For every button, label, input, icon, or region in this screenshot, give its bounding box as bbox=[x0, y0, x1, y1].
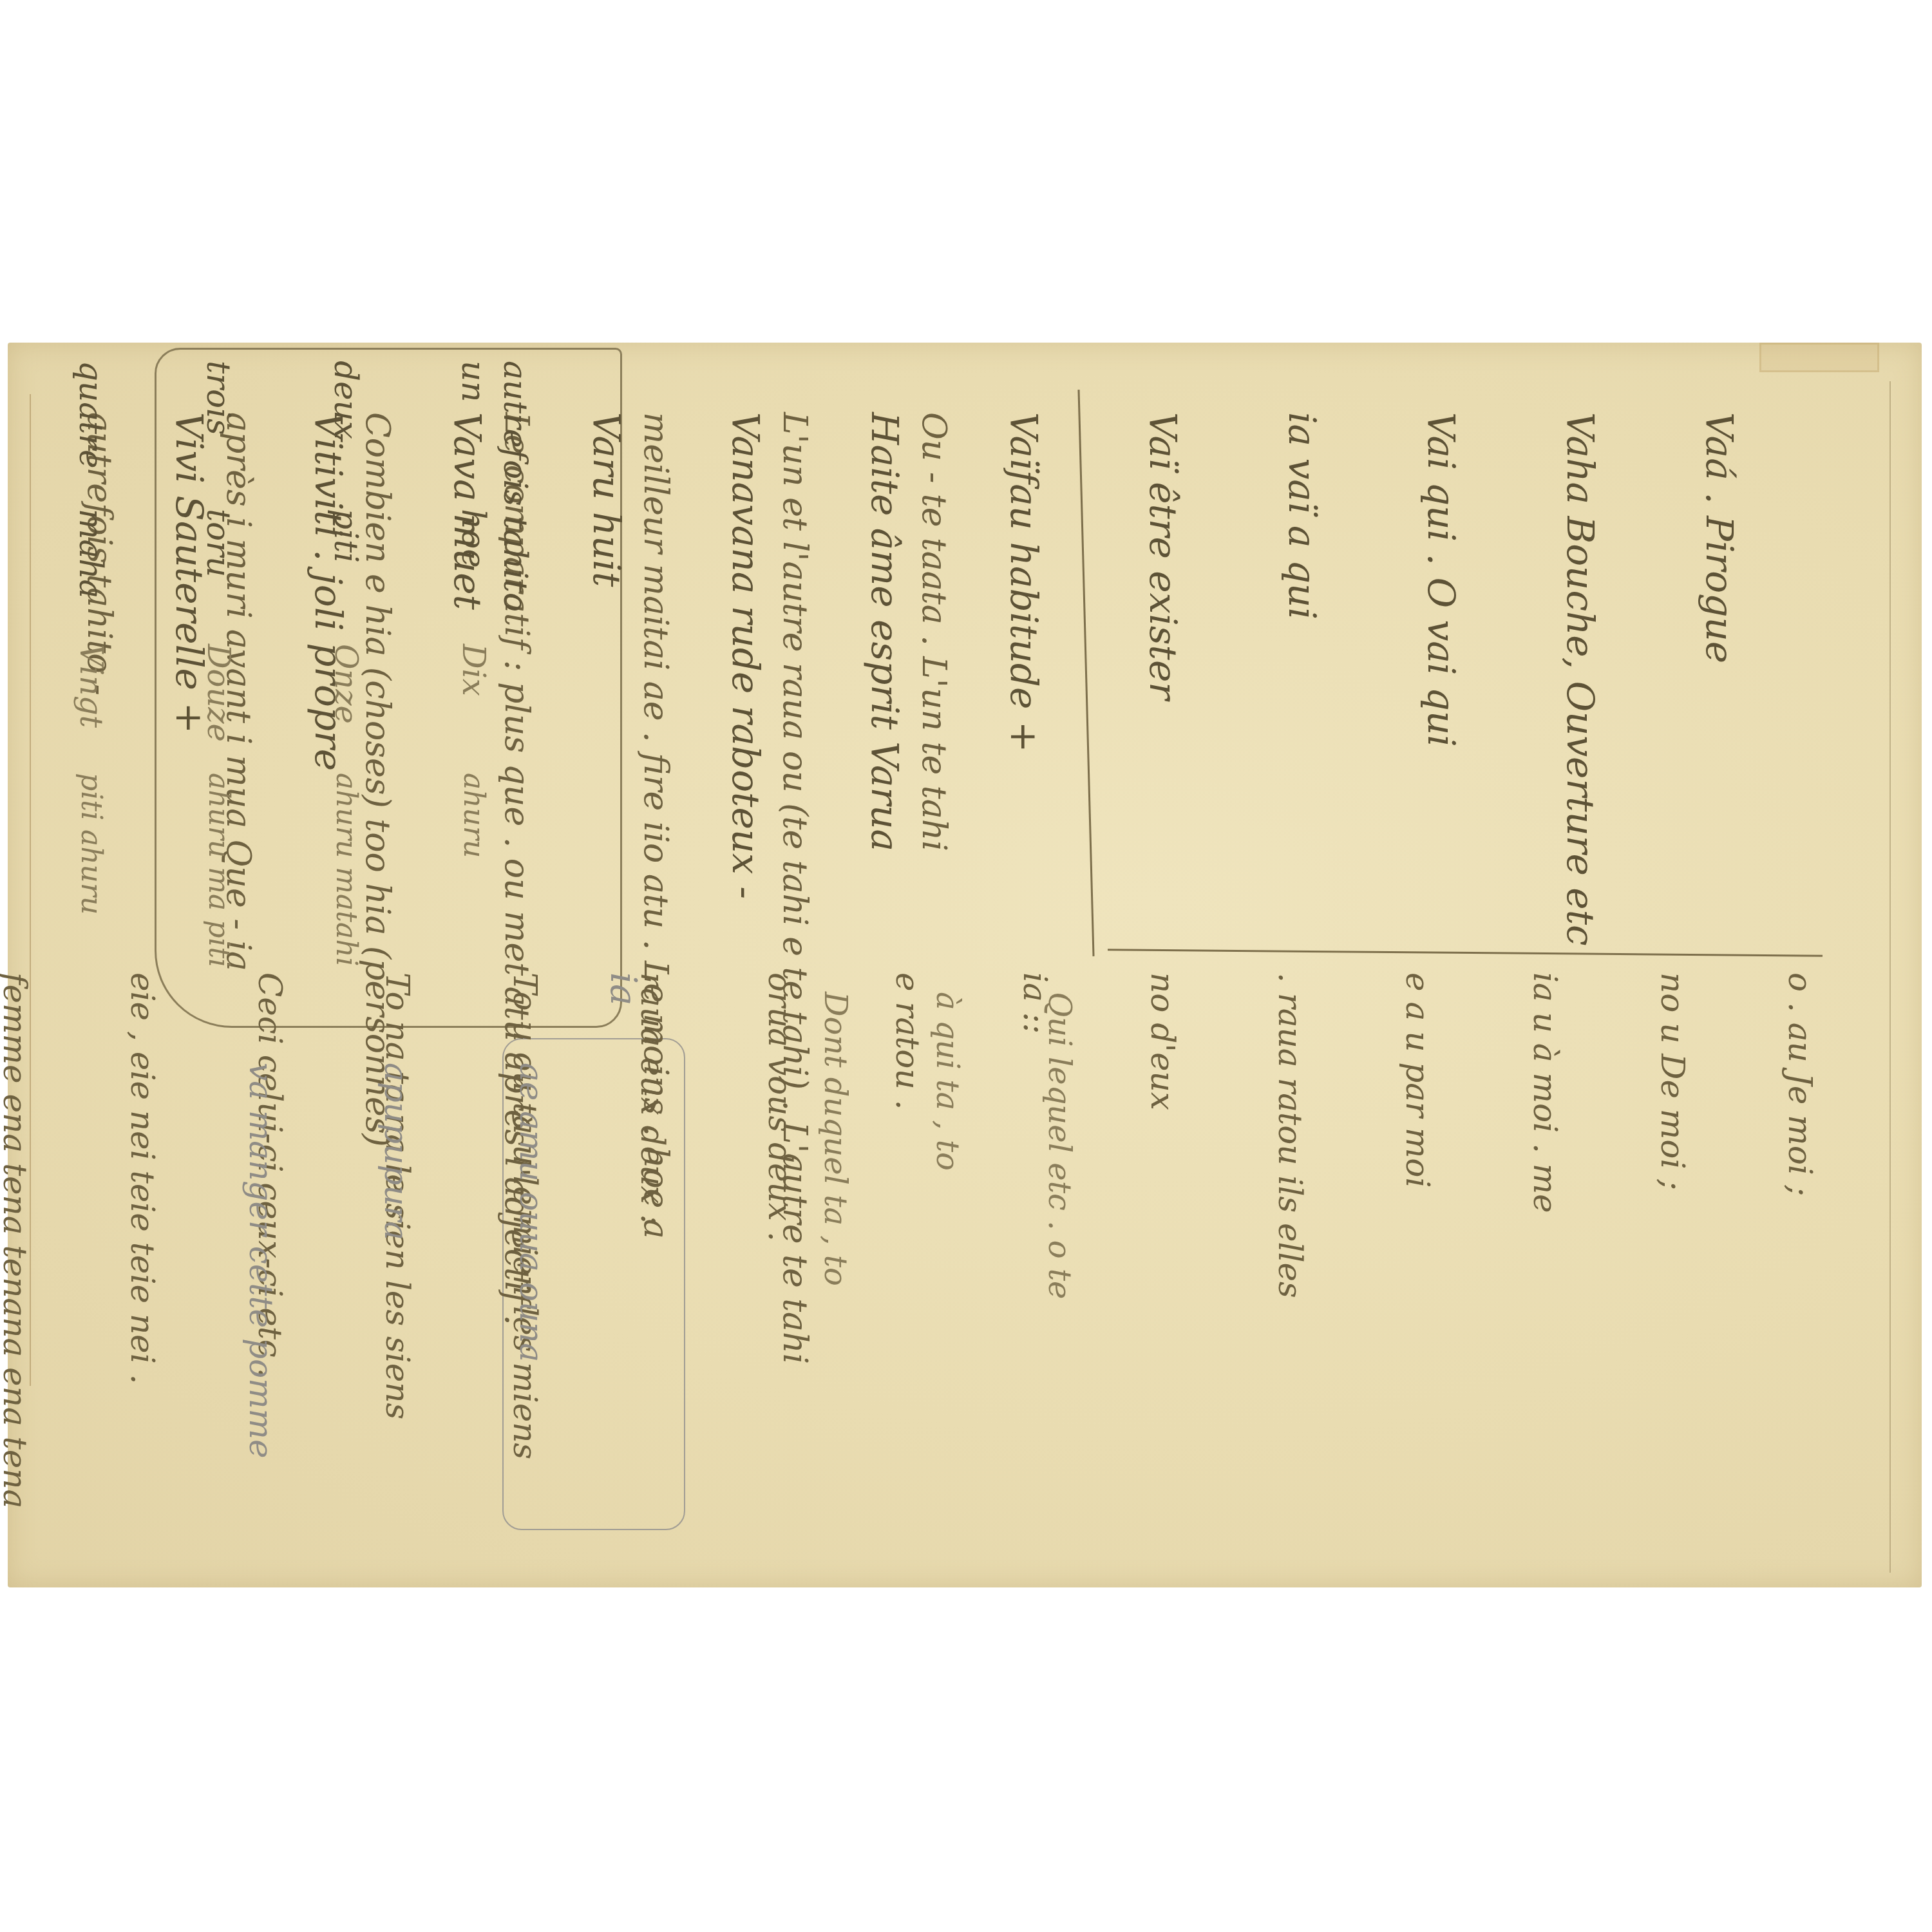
number-fr10: Vingt bbox=[70, 644, 112, 742]
number-tah10: piti ahuru bbox=[70, 773, 112, 972]
pencil-line: apupupura bbox=[374, 1063, 419, 1459]
number-tah10: ahuru matahi bbox=[325, 773, 367, 972]
pronoun-line: . raua ratou ils elles bbox=[1269, 972, 1311, 1508]
number-tah: hoe bbox=[452, 509, 495, 598]
numbers-french-column: un deux trois quatre cinq six sept huit … bbox=[0, 361, 580, 469]
number-fr: deux bbox=[325, 361, 367, 469]
numbers-tahitian-column: hoe piti toru maha pae ono hitu varu iva bbox=[0, 509, 580, 598]
comparative-line: Ou - te taata . L'un te tahi bbox=[911, 412, 957, 1364]
numbers-tens-column: Dix Onze Douze Vingt bbox=[27, 644, 580, 742]
number-tah: piti bbox=[325, 509, 367, 598]
comparative-line: L'un et l'autre raua ou (te tahi e te ta… bbox=[772, 412, 818, 1364]
number-fr: quatre bbox=[70, 361, 112, 469]
vocab-line: Vaï être exister bbox=[1140, 412, 1186, 945]
vocab-line: Vai qui . O vai qui bbox=[1418, 412, 1464, 945]
number-tah: maha bbox=[70, 509, 112, 598]
pencil-annotation-ia: ia bbox=[560, 972, 728, 1005]
pronoun-line: o . au Je moi ; bbox=[1779, 972, 1821, 1508]
vocab-line: Vaha Bouche, Ouverture etc bbox=[1557, 412, 1604, 945]
annotation-ia: ia bbox=[602, 972, 644, 1005]
numbers-tens-tahitian-column: ahuru ahuru matahi ahuru ma piti piti ah… bbox=[0, 773, 580, 972]
number-fr: trois bbox=[197, 361, 240, 469]
pronoun-line: e a u par moi bbox=[1396, 972, 1439, 1508]
number-tah10: ahuru ma piti bbox=[197, 773, 240, 972]
pencil-line: va manger cette pomme bbox=[238, 1063, 283, 1459]
number-fr10: Douze bbox=[197, 644, 240, 742]
pronoun-line: ia u à moi . me bbox=[1524, 972, 1566, 1508]
number-tah: toru bbox=[197, 509, 240, 598]
pronoun-line: no u De moi ; bbox=[1651, 972, 1694, 1508]
tape-stain bbox=[1759, 343, 1879, 372]
vocab-line: Vaá . Pirogue bbox=[1696, 412, 1743, 945]
number-fr10: Dix bbox=[452, 644, 495, 742]
vocab-line: ia vaï a qui bbox=[1279, 412, 1325, 945]
number-tah10: ahuru bbox=[452, 773, 495, 972]
number-fr10: Onze bbox=[325, 644, 367, 742]
pencil-line: ae amu ouua ouna bbox=[509, 1063, 554, 1459]
pencil-note-section: ae amu ouua ouna apupupura va manger cet… bbox=[193, 1063, 644, 1459]
number-fr: un bbox=[452, 361, 495, 469]
